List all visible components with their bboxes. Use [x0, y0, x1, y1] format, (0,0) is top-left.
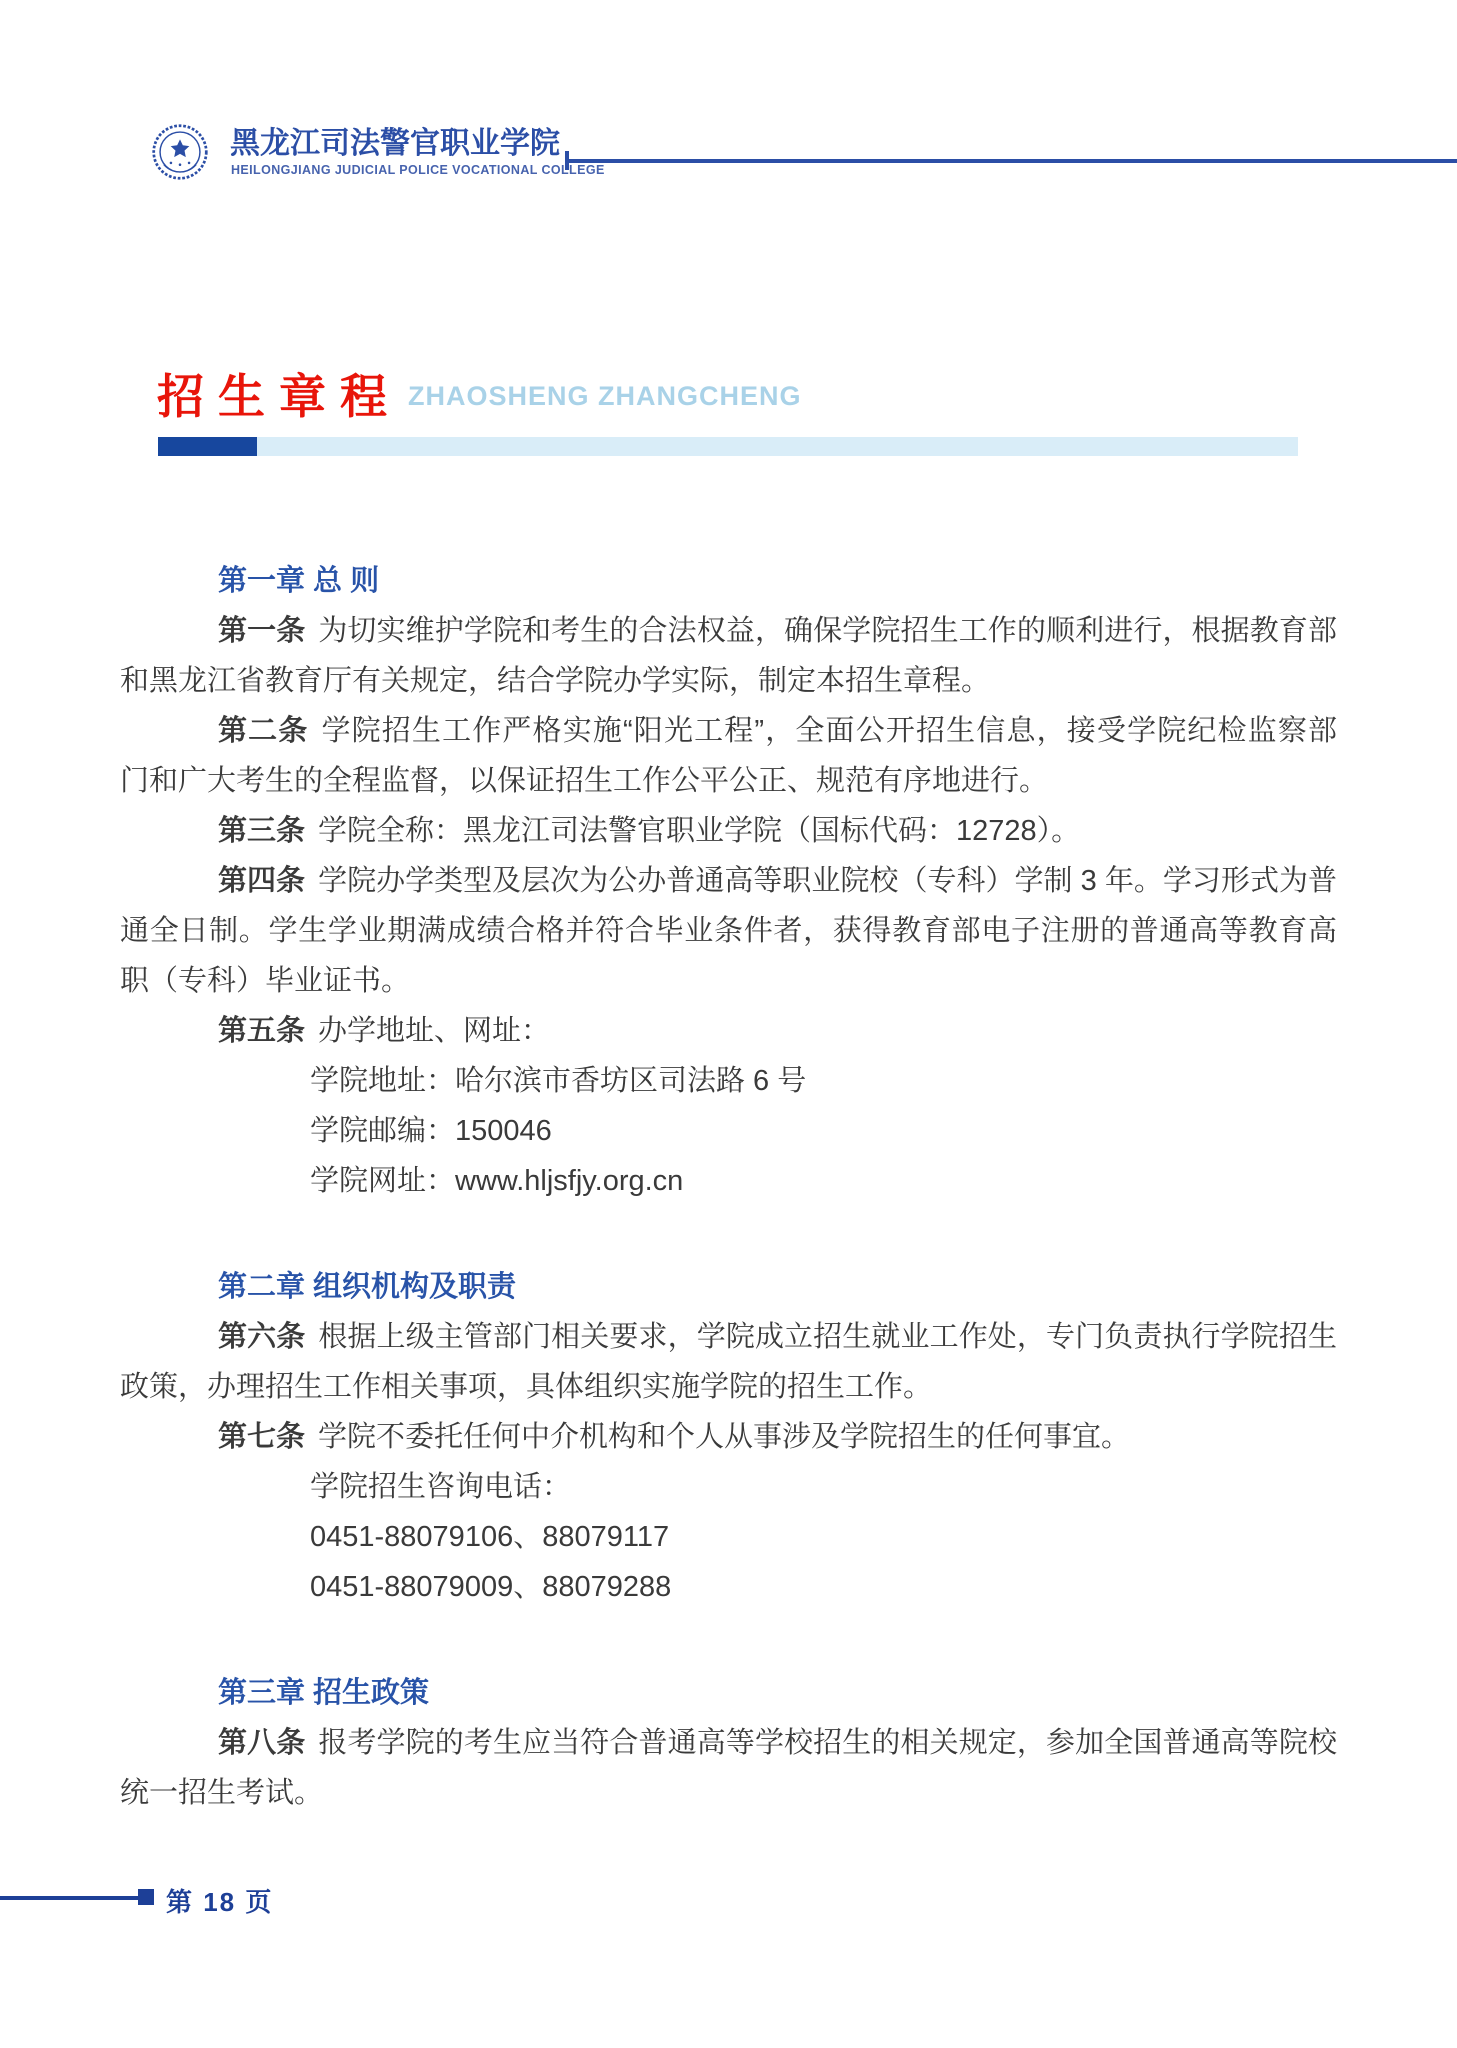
chapter-heading: 第三章 招生政策 [120, 1668, 1337, 1718]
article-number: 第一条 [218, 615, 305, 647]
document-body: 第一章 总 则第一条为切实维护学院和考生的合法权益，确保学院招生工作的顺利进行，… [120, 556, 1337, 1818]
footer-square-marker [138, 1889, 154, 1905]
document-line: 0451-88079106、88079117 [120, 1512, 1337, 1562]
article-number: 第六条 [218, 1321, 305, 1353]
scanned-document-page: 黑龙江司法警官职业学院 HEILONGJIANG JUDICIAL POLICE… [0, 0, 1457, 2048]
document-line: 学院邮编：150046 [120, 1106, 1337, 1156]
article-number: 第三条 [218, 815, 305, 847]
title-accent-bar-light [257, 437, 1298, 456]
document-line: 职（专科）毕业证书。 [120, 956, 1337, 1006]
document-line: 第四条学院办学类型及层次为公办普通高等职业院校（专科）学制 3 年。学习形式为普 [120, 856, 1337, 906]
page-title: 招生章程 [157, 360, 401, 427]
document-line: 学院招生咨询电话： [120, 1462, 1337, 1512]
document-line: 第一条为切实维护学院和考生的合法权益，确保学院招生工作的顺利进行，根据教育部 [120, 606, 1337, 656]
article-number: 第五条 [218, 1015, 305, 1047]
document-line: 门和广大考生的全程监督，以保证招生工作公平公正、规范有序地进行。 [120, 756, 1337, 806]
page-number: 第 18 页 [166, 1882, 273, 1919]
document-line: 通全日制。学生学业期满成绩合格并符合毕业条件者，获得教育部电子注册的普通高等教育… [120, 906, 1337, 956]
document-line: 和黑龙江省教育厅有关规定，结合学院办学实际，制定本招生章程。 [120, 656, 1337, 706]
document-line: 第六条根据上级主管部门相关要求，学院成立招生就业工作处，专门负责执行学院招生 [120, 1312, 1337, 1362]
document-line: 第七条学院不委托任何中介机构和个人从事涉及学院招生的任何事宜。 [120, 1412, 1337, 1462]
college-seal-icon [151, 121, 209, 183]
document-line: 学院地址：哈尔滨市香坊区司法路 6 号 [120, 1056, 1337, 1106]
article-number: 第四条 [218, 865, 305, 897]
document-line: 学院网址：www.hljsfjy.org.cn [120, 1156, 1337, 1206]
college-name-english: HEILONGJIANG JUDICIAL POLICE VOCATIONAL … [231, 163, 605, 177]
article-number: 第八条 [218, 1727, 305, 1759]
document-line: 第二条学院招生工作严格实施“阳光工程”，全面公开招生信息，接受学院纪检监察部 [120, 706, 1337, 756]
document-line: 第八条报考学院的考生应当符合普通高等学校招生的相关规定，参加全国普通高等院校 [120, 1718, 1337, 1768]
header-rule [565, 159, 1457, 163]
chapter-heading: 第二章 组织机构及职责 [120, 1262, 1337, 1312]
footer-rule [0, 1896, 140, 1900]
document-line: 0451-88079009、88079288 [120, 1562, 1337, 1612]
college-name: 黑龙江司法警官职业学院 [230, 127, 560, 161]
article-number: 第二条 [218, 715, 308, 747]
document-line: 统一招生考试。 [120, 1768, 1337, 1818]
chapter-heading: 第一章 总 则 [120, 556, 1337, 606]
document-line: 政策，办理招生工作相关事项，具体组织实施学院的招生工作。 [120, 1362, 1337, 1412]
document-line: 第三条学院全称：黑龙江司法警官职业学院（国标代码：12728）。 [120, 806, 1337, 856]
page-title-pinyin: ZHAOSHENG ZHANGCHENG [408, 381, 802, 412]
article-number: 第七条 [218, 1421, 305, 1453]
document-line: 第五条办学地址、网址： [120, 1006, 1337, 1056]
title-accent-bar-dark [158, 437, 257, 456]
